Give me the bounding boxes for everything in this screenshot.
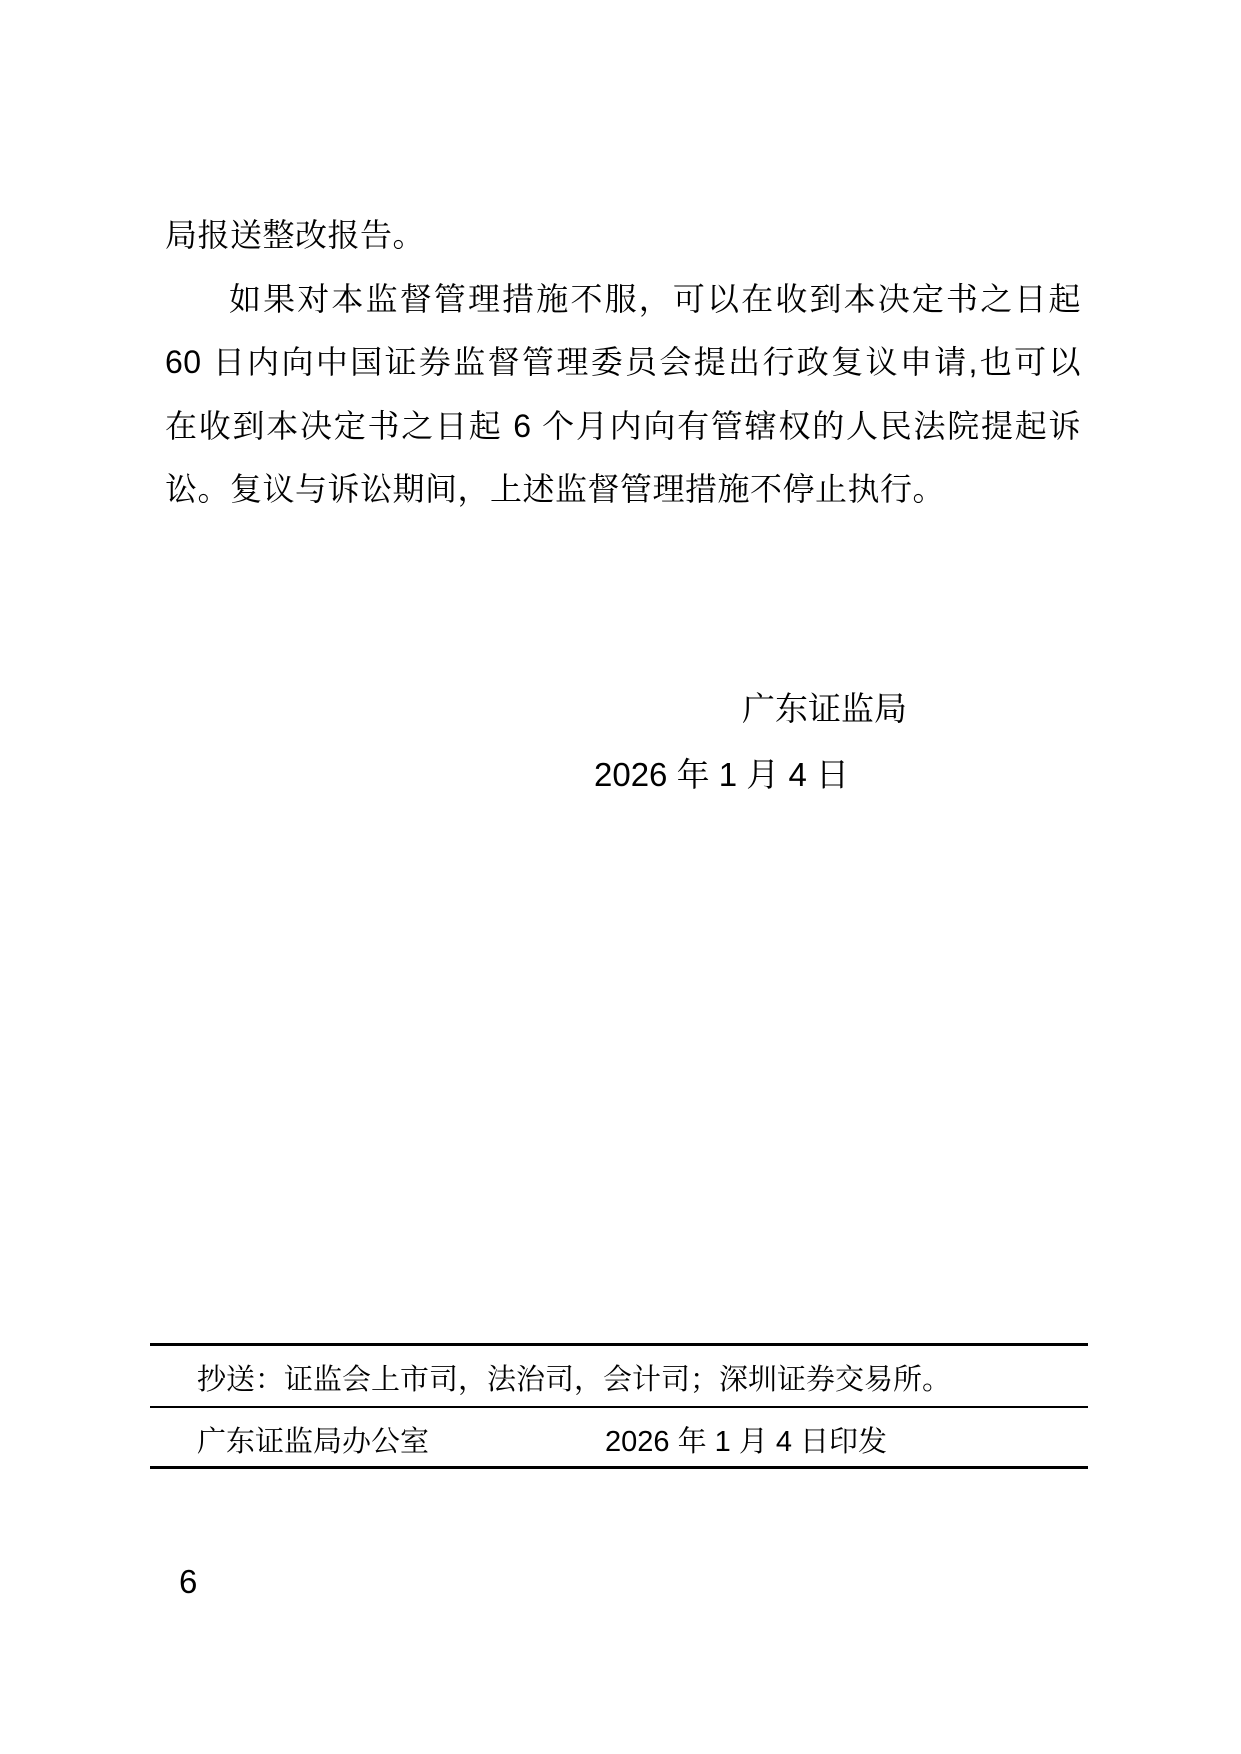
body-line: 如果对本监督管理措施不服，可以在收到本决定书之日起: [165, 268, 1081, 332]
document-body: 局报送整改报告。 如果对本监督管理措施不服，可以在收到本决定书之日起 60 日内…: [165, 204, 1081, 522]
body-line: 讼。复议与诉讼期间，上述监督管理措施不停止执行。: [165, 458, 1081, 522]
page-number: 6: [179, 1562, 197, 1602]
footer-separator-top: [150, 1343, 1088, 1346]
cc-line: 抄送：证监会上市司，法治司，会计司；深圳证券交易所。: [197, 1361, 951, 1399]
body-line: 局报送整改报告。: [165, 204, 1081, 268]
footer-separator-middle: [150, 1406, 1088, 1408]
signature-date: 2026 年 1 月 4 日: [594, 754, 849, 796]
signature-org: 广东证监局: [742, 688, 907, 730]
document-page: 局报送整改报告。 如果对本监督管理措施不服，可以在收到本决定书之日起 60 日内…: [0, 0, 1241, 1754]
issuing-office: 广东证监局办公室: [197, 1423, 429, 1461]
issue-date: 2026 年 1 月 4 日印发: [605, 1423, 887, 1461]
body-line: 在收到本决定书之日起 6 个月内向有管辖权的人民法院提起诉: [165, 395, 1081, 459]
footer-separator-bottom: [150, 1466, 1088, 1469]
body-line: 60 日内向中国证券监督管理委员会提出行政复议申请,也可以: [165, 331, 1081, 395]
